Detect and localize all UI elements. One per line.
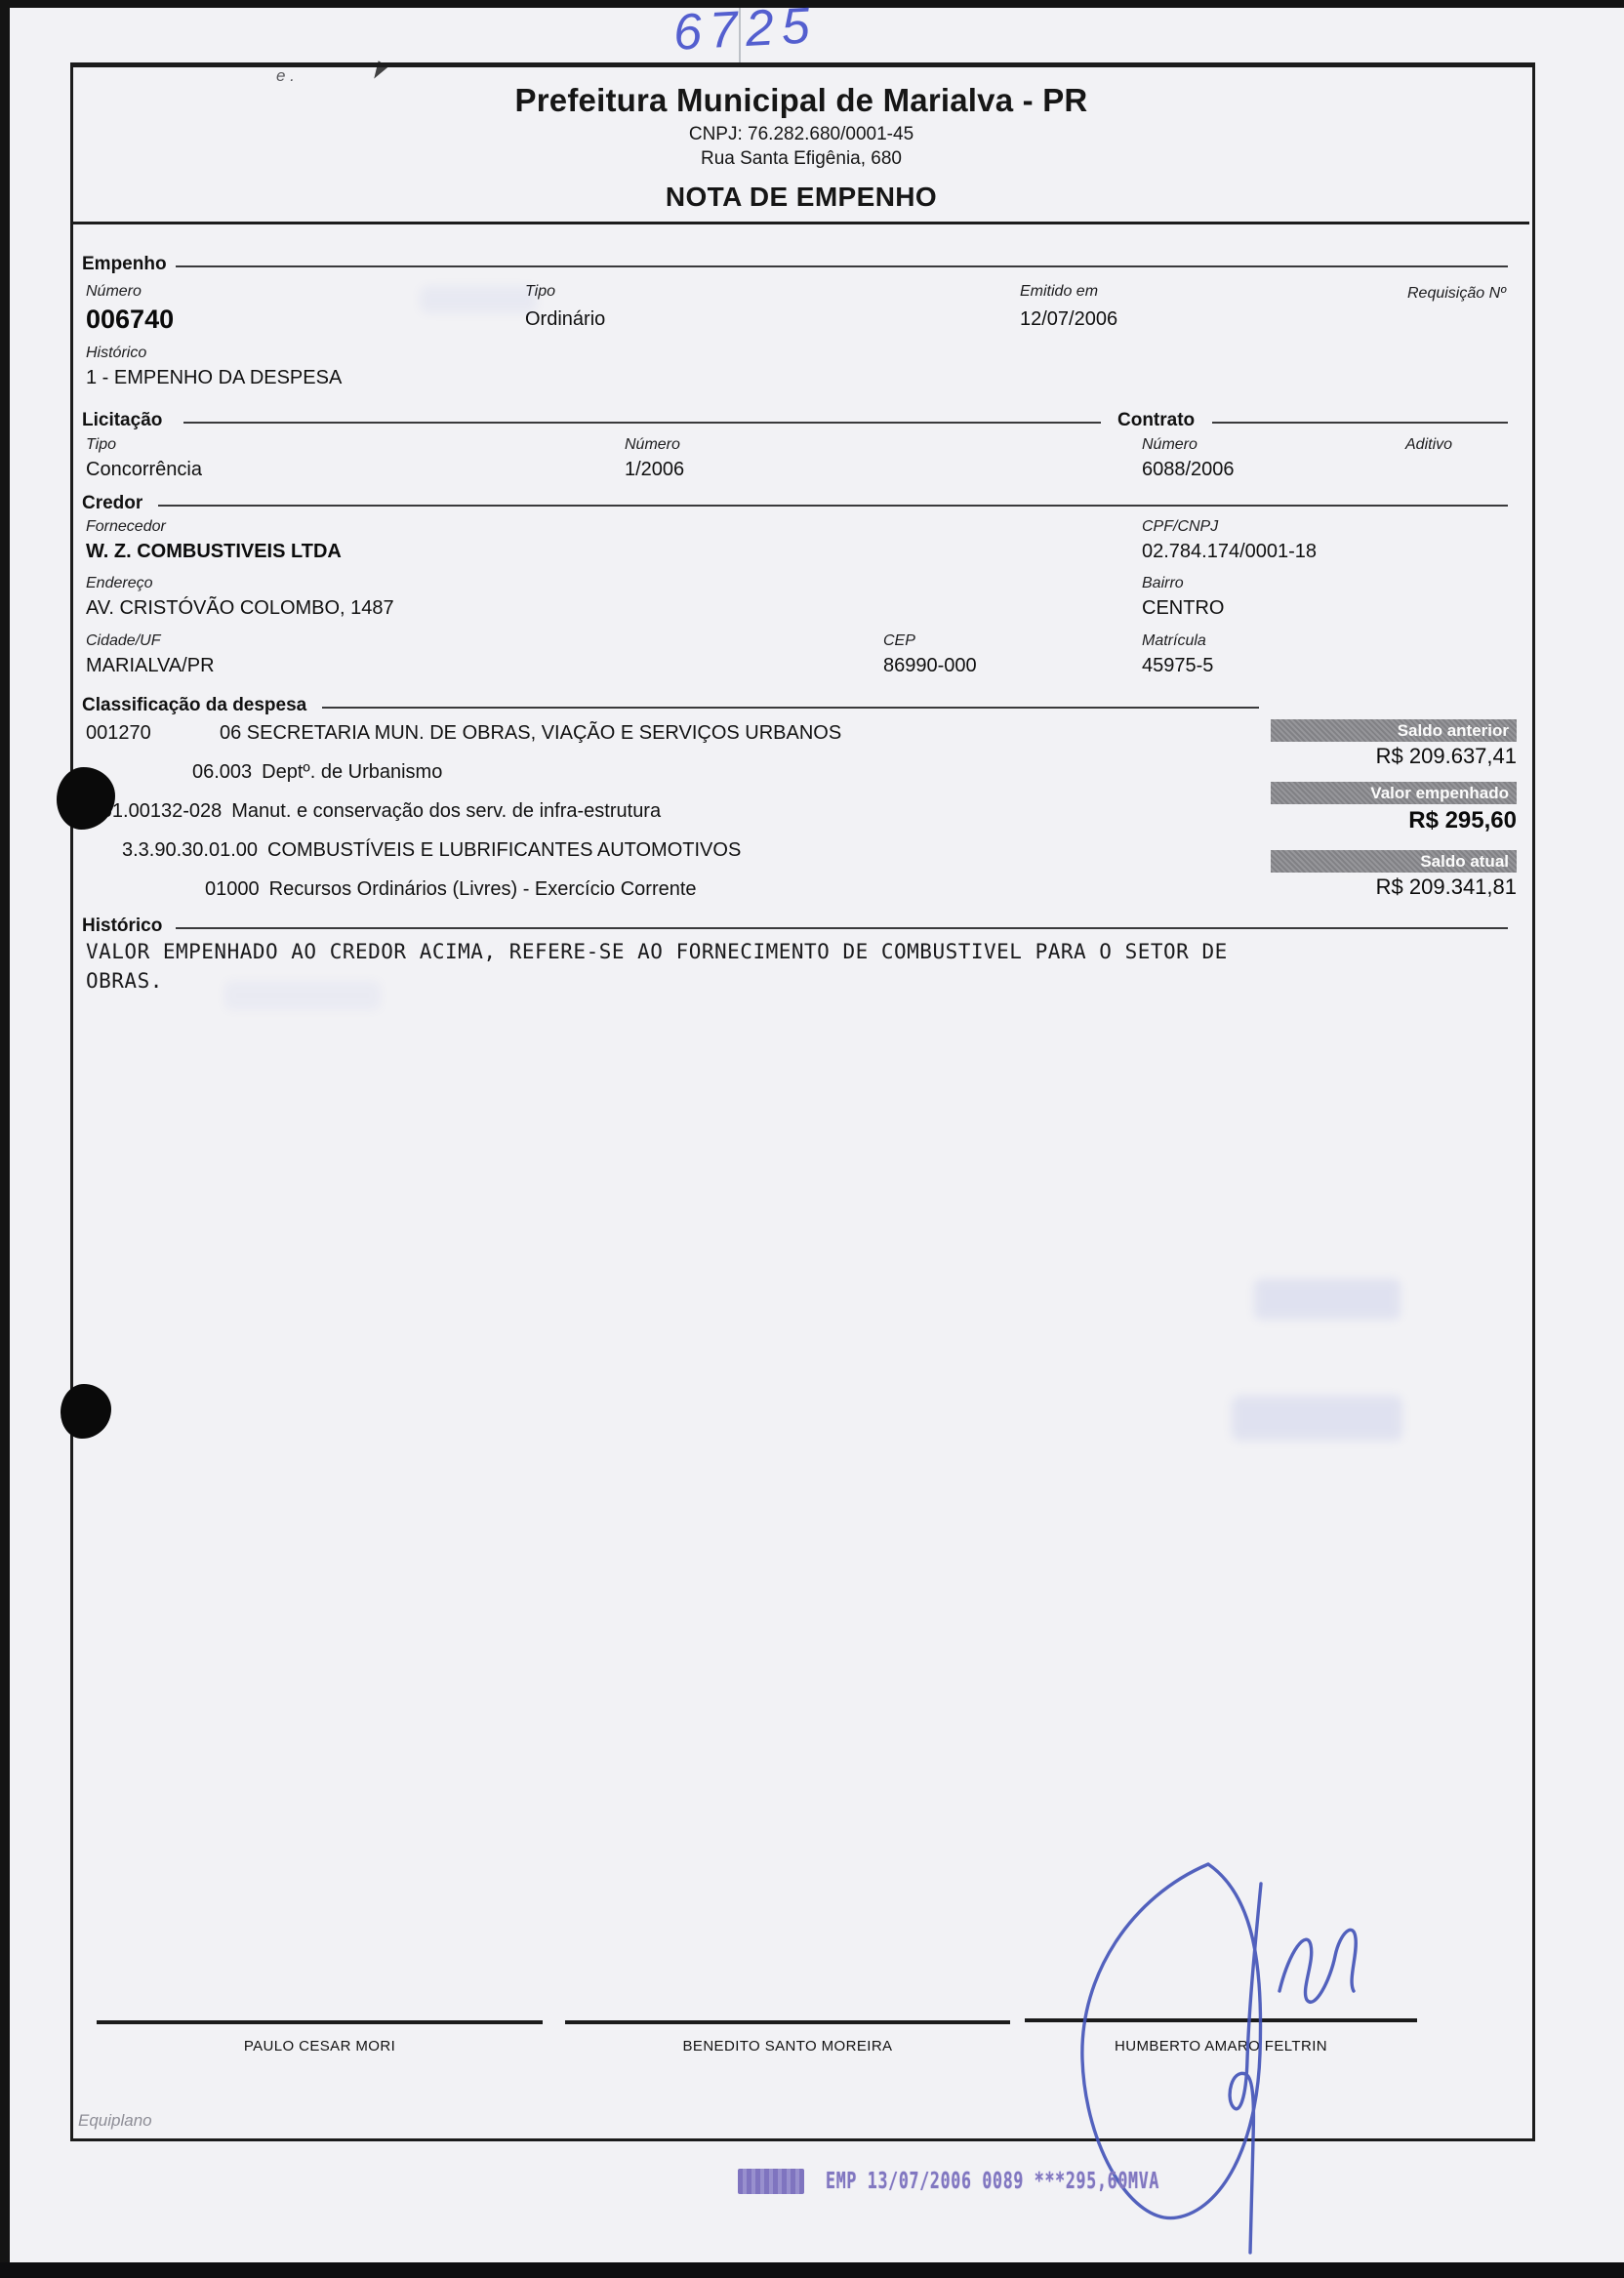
signature-line — [97, 2020, 543, 2024]
section-credor-label: Credor — [82, 493, 142, 514]
scan-bleed-ghost — [1254, 1279, 1401, 1320]
classificacao-code: 01000 — [205, 878, 260, 900]
section-historico-rule — [176, 927, 1508, 929]
scan-bleed-ghost — [420, 286, 537, 313]
licitacao-numero-label: Número — [625, 436, 680, 454]
validation-stamp-logo — [738, 2169, 804, 2194]
empenho-historico-value: 1 - EMPENHO DA DESPESA — [86, 367, 342, 389]
handwritten-page-number: 6725 — [672, 0, 820, 62]
empenho-numero-value: 006740 — [86, 305, 174, 335]
contrato-aditivo-label: Aditivo — [1405, 436, 1452, 454]
classificacao-desc: Manut. e conservação dos serv. de infra-… — [231, 800, 661, 822]
classificacao-row: 06.003Deptº. de Urbanismo — [192, 761, 442, 784]
classificacao-desc: 06 SECRETARIA MUN. DE OBRAS, VIAÇÃO E SE… — [220, 722, 841, 744]
saldo-atual-label: Saldo atual — [1420, 852, 1509, 871]
credor-cep-value: 86990-000 — [883, 655, 977, 677]
scan-bleed-ghost — [1232, 1396, 1402, 1441]
document-type-title: NOTA DE EMPENHO — [70, 182, 1532, 213]
section-classificacao-rule — [322, 707, 1259, 709]
credor-matricula-value: 45975-5 — [1142, 655, 1213, 677]
credor-cpf-label: CPF/CNPJ — [1142, 518, 1218, 536]
saldo-atual-bar: Saldo atual — [1271, 850, 1517, 873]
header-address: Rua Santa Efigênia, 680 — [70, 148, 1532, 170]
licitacao-numero-value: 1/2006 — [625, 459, 684, 481]
section-contrato-label: Contrato — [1117, 410, 1195, 431]
section-historico-label: Histórico — [82, 915, 162, 937]
empenho-numero-label: Número — [86, 283, 142, 301]
licitacao-tipo-value: Concorrência — [86, 459, 202, 481]
valor-empenhado-label: Valor empenhado — [1370, 784, 1509, 802]
empenho-historico-label: Histórico — [86, 345, 146, 362]
classificacao-row: 01000Recursos Ordinários (Livres) - Exer… — [205, 878, 697, 901]
section-contrato-rule — [1212, 422, 1508, 424]
scan-edge-left — [0, 0, 10, 2278]
credor-cidade-label: Cidade/UF — [86, 632, 160, 650]
classificacao-desc: Deptº. de Urbanismo — [262, 761, 442, 783]
section-empenho-label: Empenho — [82, 254, 167, 275]
signatory-name: BENEDITO SANTO MOREIRA — [565, 2038, 1010, 2054]
credor-endereco-label: Endereço — [86, 575, 153, 592]
classificacao-code: 001270 — [86, 722, 220, 745]
saldo-anterior-bar: Saldo anterior — [1271, 719, 1517, 742]
equiplano-vendor-label: Equiplano — [78, 2111, 152, 2131]
credor-endereco-value: AV. CRISTÓVÃO COLOMBO, 1487 — [86, 597, 394, 620]
section-licitacao-label: Licitação — [82, 410, 162, 431]
valor-empenhado-value: R$ 295,60 — [1271, 807, 1517, 834]
classificacao-code: 3.3.90.30.01.00 — [122, 839, 258, 861]
classificacao-row: 5.451.00132-028Manut. e conservação dos … — [74, 800, 661, 823]
classificacao-desc: Recursos Ordinários (Livres) - Exercício… — [269, 878, 697, 900]
handwritten-signature — [1054, 1852, 1376, 2262]
licitacao-tipo-label: Tipo — [86, 436, 116, 454]
credor-fornecedor-label: Fornecedor — [86, 518, 166, 536]
saldo-anterior-label: Saldo anterior — [1398, 721, 1509, 740]
signature-line — [565, 2020, 1010, 2024]
classificacao-row: 3.3.90.30.01.00COMBUSTÍVEIS E LUBRIFICAN… — [122, 839, 741, 862]
empenho-emitido-label: Emitido em — [1020, 283, 1098, 301]
classificacao-desc: COMBUSTÍVEIS E LUBRIFICANTES AUTOMOTIVOS — [267, 839, 741, 861]
signatory-name: PAULO CESAR MORI — [97, 2038, 543, 2054]
empenho-tipo-value: Ordinário — [525, 308, 605, 331]
credor-cidade-value: MARIALVA/PR — [86, 655, 215, 677]
credor-matricula-label: Matrícula — [1142, 632, 1206, 650]
saldo-anterior-value: R$ 209.637,41 — [1271, 744, 1517, 769]
section-classificacao-label: Classificação da despesa — [82, 695, 306, 716]
section-empenho-rule — [176, 265, 1508, 267]
classificacao-row: 00127006 SECRETARIA MUN. DE OBRAS, VIAÇÃ… — [86, 722, 841, 745]
contrato-numero-value: 6088/2006 — [1142, 459, 1235, 481]
credor-bairro-label: Bairro — [1142, 575, 1184, 592]
saldo-atual-value: R$ 209.341,81 — [1271, 875, 1517, 900]
classificacao-code: 06.003 — [192, 761, 252, 783]
scanned-document-page: 6725 e . Prefeitura Municipal de Marialv… — [0, 0, 1624, 2278]
section-credor-rule — [158, 505, 1508, 507]
credor-bairro-value: CENTRO — [1142, 597, 1224, 620]
historico-line2: OBRAS. — [86, 969, 163, 993]
page-title: Prefeitura Municipal de Marialva - PR — [70, 82, 1532, 119]
header-cnpj: CNPJ: 76.282.680/0001-45 — [70, 124, 1532, 145]
scan-edge-bottom — [0, 2262, 1624, 2278]
credor-cpf-value: 02.784.174/0001-18 — [1142, 541, 1317, 563]
contrato-numero-label: Número — [1142, 436, 1198, 454]
empenho-emitido-value: 12/07/2006 — [1020, 308, 1117, 331]
section-licitacao-rule — [183, 422, 1101, 424]
empenho-requisicao-label: Requisição Nº — [1407, 285, 1506, 303]
header-divider-line — [73, 222, 1529, 224]
historico-line1: VALOR EMPENHADO AO CREDOR ACIMA, REFERE-… — [86, 940, 1228, 963]
credor-cep-label: CEP — [883, 632, 915, 650]
validation-stamp-code: EMP 13/07/2006 0089 ***295,60MVA — [826, 2169, 1159, 2194]
credor-fornecedor-value: W. Z. COMBUSTIVEIS LTDA — [86, 541, 342, 563]
scan-bleed-ghost — [224, 981, 381, 1010]
valor-empenhado-bar: Valor empenhado — [1271, 782, 1517, 804]
